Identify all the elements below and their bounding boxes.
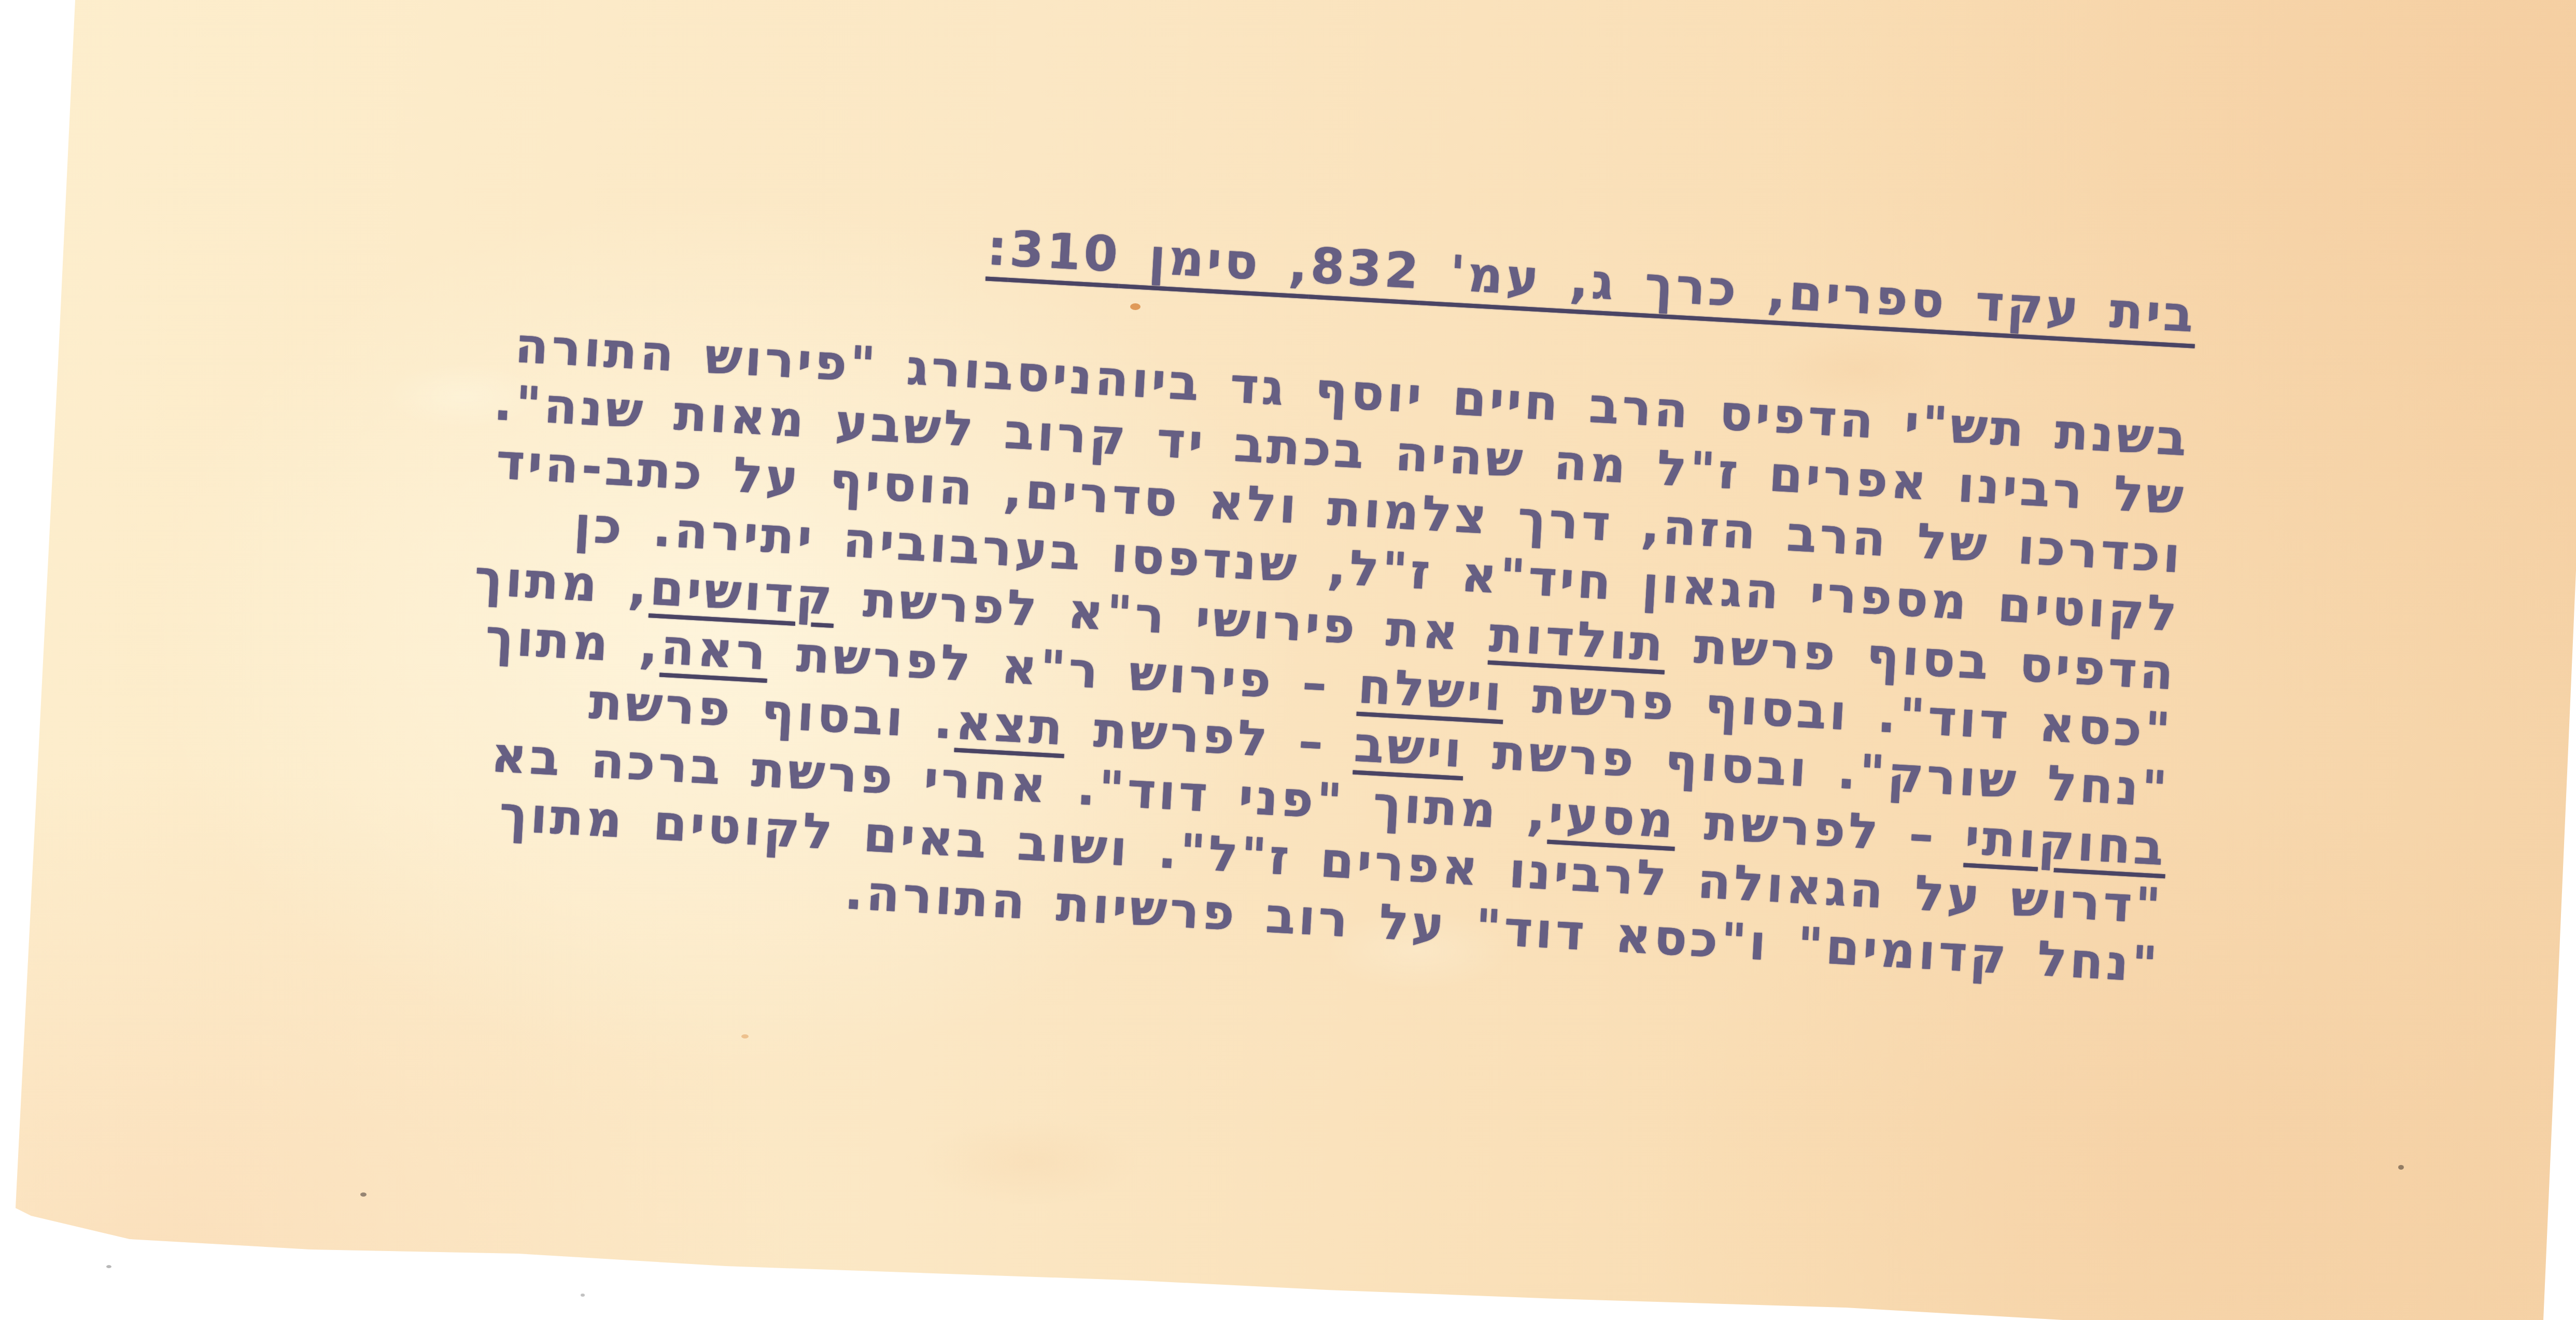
underlined-word: תולדות <box>1488 607 1668 673</box>
underlined-word: וישלח <box>1357 658 1506 723</box>
paper-speck <box>581 1294 585 1297</box>
typewritten-text: בית עקד ספרים, כרך ג, עמ' 832, סימן 310:… <box>274 181 2198 995</box>
underlined-word: בחוקותי <box>1963 809 2168 877</box>
text-segment: , מתוך <box>484 609 663 676</box>
scanned-document: בית עקד ספרים, כרך ג, עמ' 832, סימן 310:… <box>0 0 2576 1320</box>
underlined-word: ראה <box>659 619 770 681</box>
underlined-word: תצא <box>954 694 1067 757</box>
underlined-word: מסעי <box>1547 786 1678 850</box>
paragraph: בשנת תש"י הדפיס הרב חיים יוסף גד ביוהניס… <box>274 304 2191 994</box>
text-segment: , מתוך <box>473 550 652 616</box>
underlined-word: וישב <box>1353 717 1466 779</box>
paper-speck <box>106 1265 111 1268</box>
underlined-word: קדושים <box>649 559 837 626</box>
